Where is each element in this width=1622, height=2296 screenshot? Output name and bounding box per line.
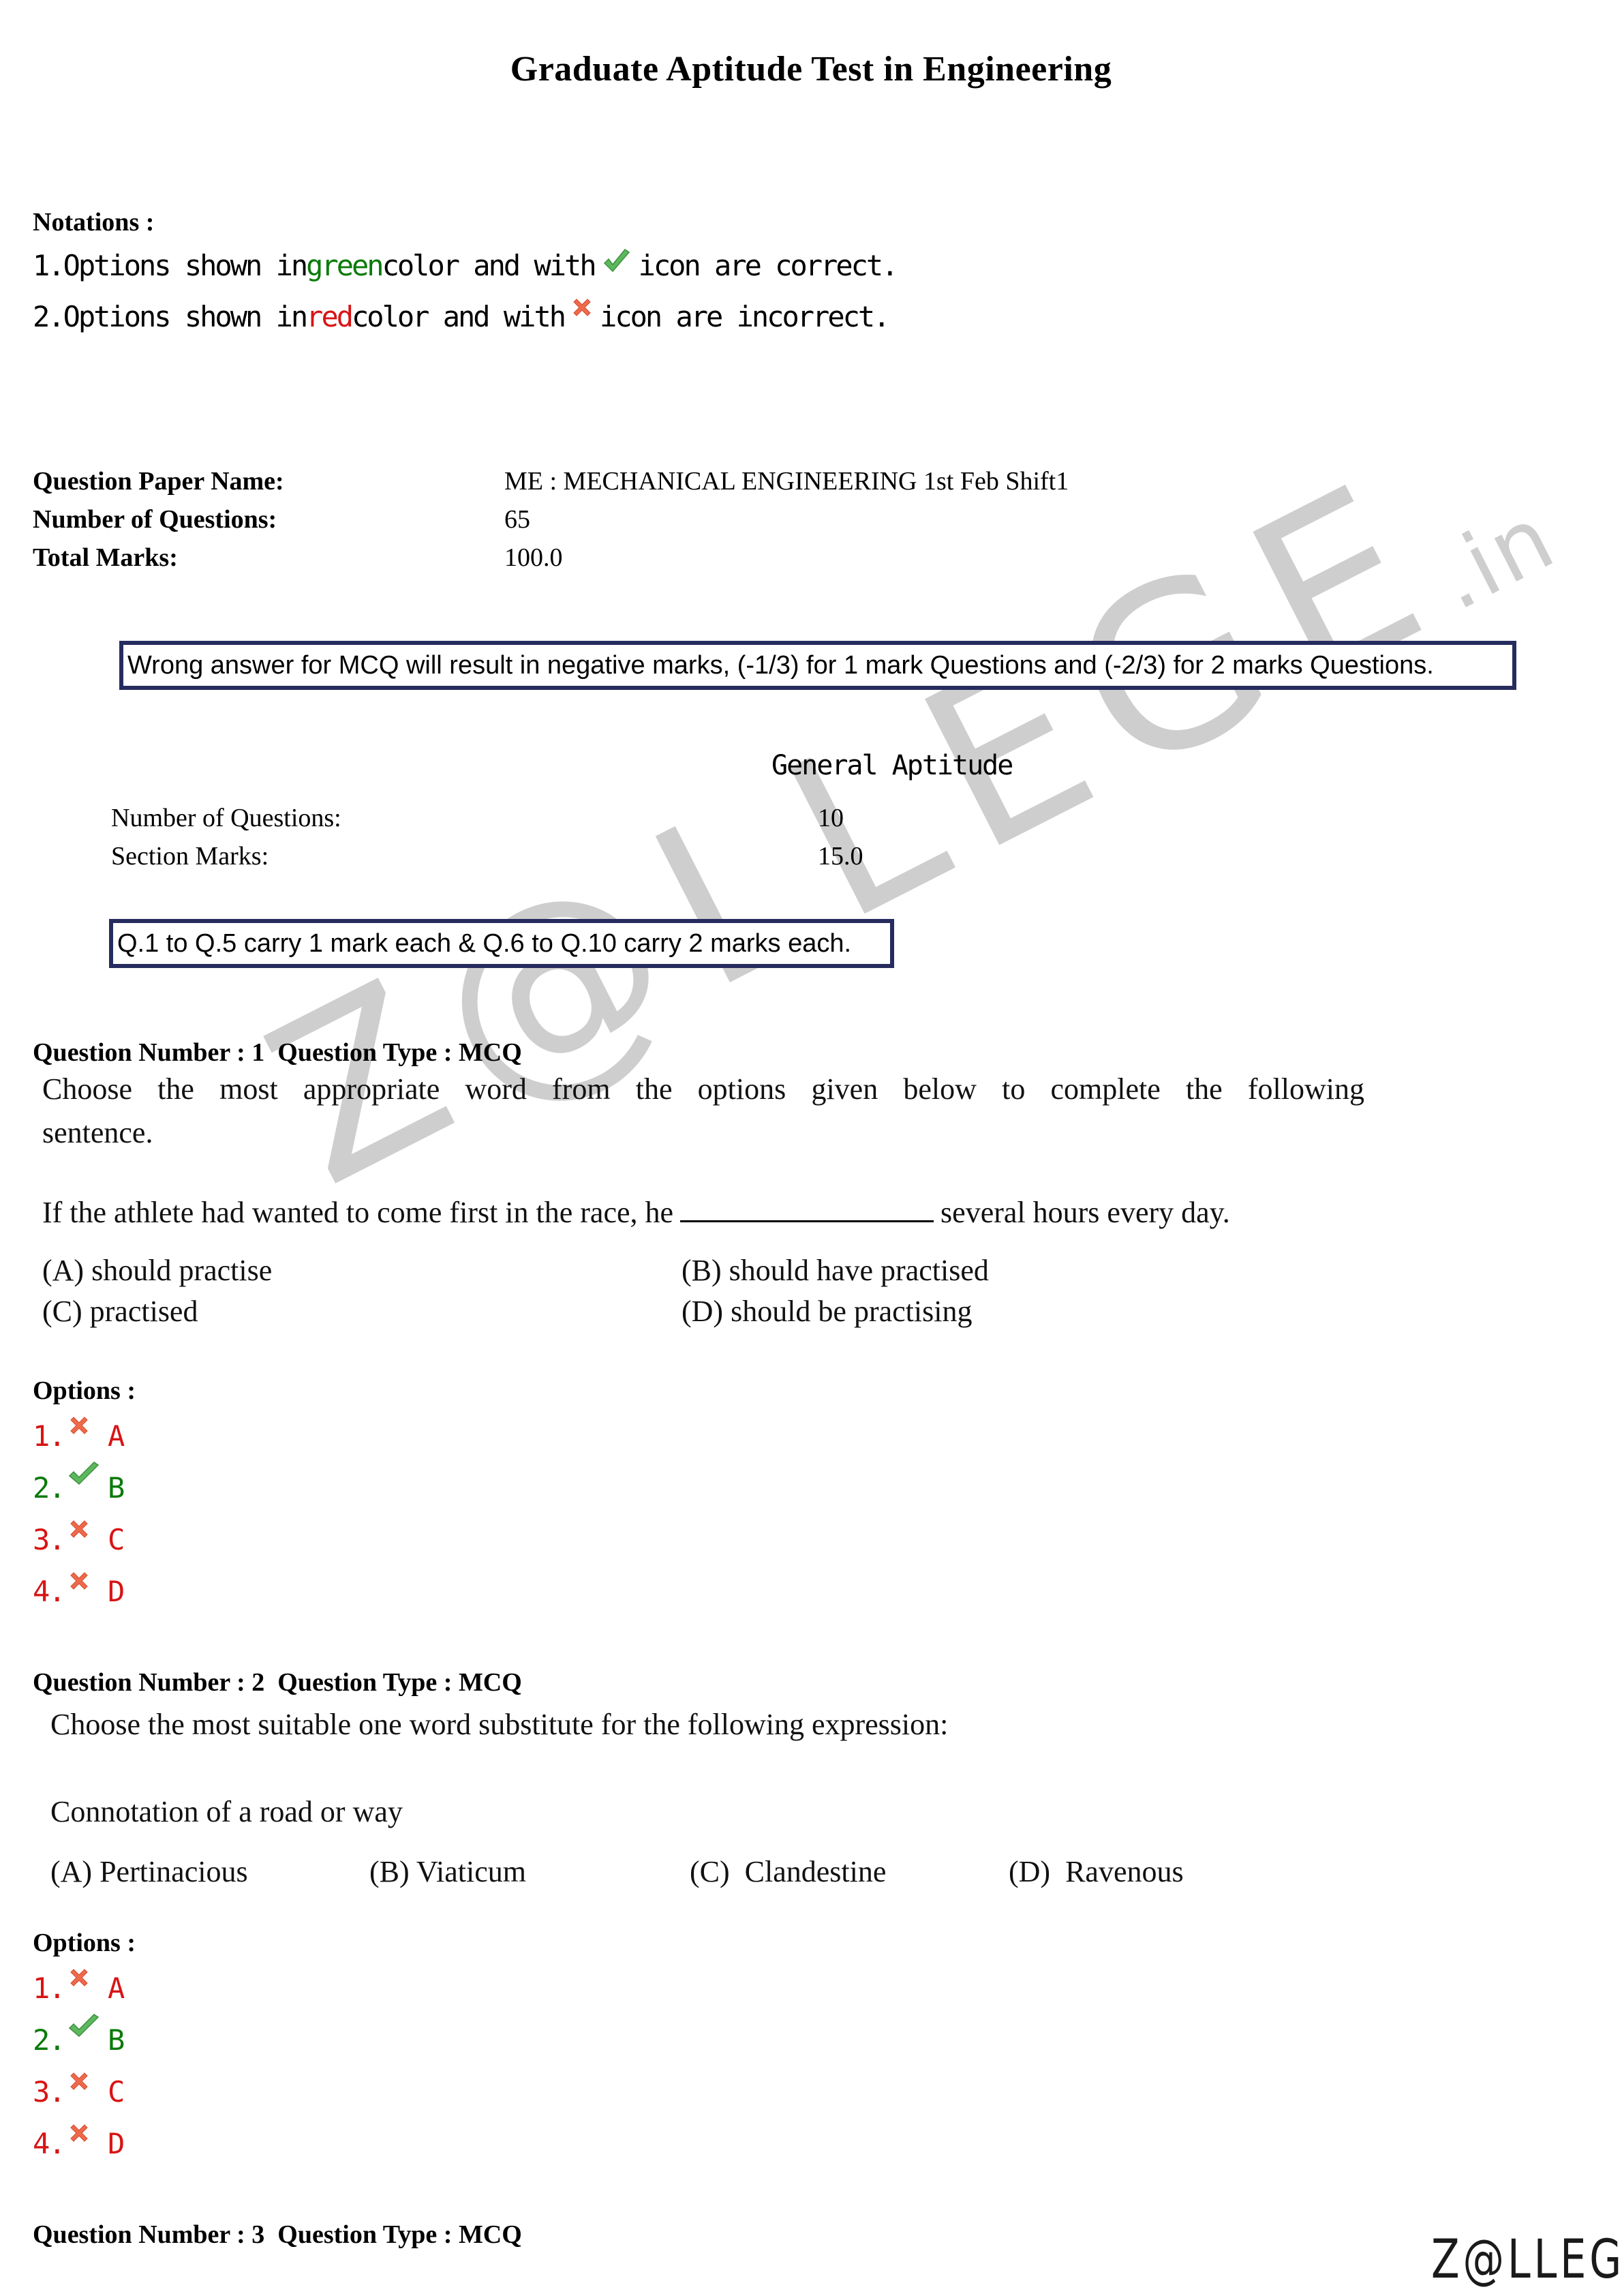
notations-heading: Notations : (33, 207, 154, 237)
notation-text: color and with (352, 300, 564, 333)
option-letter: A (108, 1972, 123, 2005)
notation-incorrect: 2.Options shown in red color and with ic… (33, 300, 888, 333)
paper-name-value: ME : MECHANICAL ENGINEERING 1st Feb Shif… (504, 466, 1069, 496)
section-num-questions-value: 10 (818, 803, 844, 833)
question-1-header: Question Number : 1 Question Type : MCQ (33, 1038, 522, 1068)
total-marks-value: 100.0 (504, 543, 563, 573)
option-number: 1. (33, 1972, 68, 2005)
cross-icon (571, 292, 593, 325)
section-title: General Aptitude (771, 750, 1012, 781)
sentence-after: several hours every day. (940, 1196, 1230, 1229)
paper-name-label: Question Paper Name: (33, 466, 284, 496)
question-1-option-3: 3. C (33, 1519, 123, 1560)
option-number: 4. (33, 2127, 68, 2160)
notation-color-word: green (306, 249, 382, 282)
negative-marking-notice: Wrong answer for MCQ will result in nega… (119, 641, 1516, 690)
option-letter: A (108, 1419, 123, 1453)
question-3-header: Question Number : 3 Question Type : MCQ (33, 2220, 522, 2250)
notation-text: icon are correct. (639, 249, 897, 282)
question-1-choice-c: (C) practised (42, 1294, 198, 1329)
question-2-option-3: 3. C (33, 2071, 123, 2112)
cross-icon (68, 1962, 108, 1995)
watermark-suffix: .in (1420, 485, 1572, 630)
option-letter: B (108, 2023, 123, 2057)
question-2-option-1: 1. A (33, 1967, 123, 2008)
check-icon (68, 2013, 108, 2047)
question-1-choice-a: (A) should practise (42, 1253, 272, 1288)
question-2-choice-c: (C) Clandestine (690, 1854, 886, 1889)
option-number: 2. (33, 1471, 68, 1505)
notation-text: 1.Options shown in (33, 249, 306, 282)
question-2-option-2: 2. B (33, 2019, 123, 2060)
question-1-choice-b: (B) should have practised (682, 1253, 989, 1288)
option-number: 3. (33, 1523, 68, 1556)
total-marks-label: Total Marks: (33, 543, 178, 573)
question-1-option-2: 2. B (33, 1467, 123, 1508)
question-2-expression: Connotation of a road or way (50, 1794, 403, 1829)
question-2-stem: Choose the most suitable one word substi… (50, 1707, 948, 1742)
cross-icon (68, 2117, 108, 2151)
cross-icon (68, 1565, 108, 1599)
question-2-choice-b: (B) Viaticum (369, 1854, 526, 1889)
cross-icon (68, 1513, 108, 1547)
option-letter: C (108, 2075, 123, 2109)
question-1-option-1: 1. A (33, 1415, 123, 1456)
footer-logo: Z@LLEGE.in (1431, 2229, 1622, 2291)
notation-text: 2.Options shown in (33, 300, 306, 333)
notation-text: color and with (382, 249, 595, 282)
section-marks-value: 15.0 (818, 841, 863, 871)
section-num-questions-label: Number of Questions: (111, 803, 341, 833)
option-letter: B (108, 1471, 123, 1505)
notation-correct: 1.Options shown in green color and with … (33, 247, 896, 284)
question-2-options-heading: Options : (33, 1928, 136, 1958)
question-2-header: Question Number : 2 Question Type : MCQ (33, 1667, 522, 1697)
question-2-choice-d: (D) Ravenous (1009, 1854, 1184, 1889)
num-questions-value: 65 (504, 504, 530, 534)
section-marks-label: Section Marks: (111, 841, 269, 871)
fill-blank (680, 1193, 934, 1222)
option-letter: C (108, 1523, 123, 1556)
option-number: 1. (33, 1419, 68, 1453)
question-1-stem-cont: sentence. (42, 1115, 153, 1150)
document-title: Graduate Aptitude Test in Engineering (0, 49, 1622, 89)
notation-text: icon are incorrect. (600, 300, 888, 333)
notation-color-word: red (306, 300, 352, 333)
cross-icon (68, 1410, 108, 1443)
option-number: 4. (33, 1575, 68, 1608)
option-number: 2. (33, 2023, 68, 2057)
question-2-option-4: 4. D (33, 2123, 123, 2164)
question-1-sentence: If the athlete had wanted to come first … (42, 1193, 1230, 1230)
option-letter: D (108, 2127, 123, 2160)
option-letter: D (108, 1575, 123, 1608)
check-icon (68, 1461, 108, 1495)
question-2-choice-a: (A) Pertinacious (50, 1854, 248, 1889)
question-1-choice-d: (D) should be practising (682, 1294, 972, 1329)
section-marks-notice: Q.1 to Q.5 carry 1 mark each & Q.6 to Q.… (109, 919, 894, 968)
question-1-stem: Choose the most appropriate word from th… (42, 1072, 1364, 1106)
question-1-option-4: 4. D (33, 1571, 123, 1612)
sentence-before: If the athlete had wanted to come first … (42, 1196, 673, 1229)
question-1-options-heading: Options : (33, 1376, 136, 1406)
num-questions-label: Number of Questions: (33, 504, 277, 534)
check-icon (602, 247, 632, 284)
option-number: 3. (33, 2075, 68, 2109)
logo-text: Z@LLEGE (1431, 2229, 1622, 2291)
watermark-text: Z@LLEGE (232, 425, 1482, 1235)
cross-icon (68, 2066, 108, 2099)
